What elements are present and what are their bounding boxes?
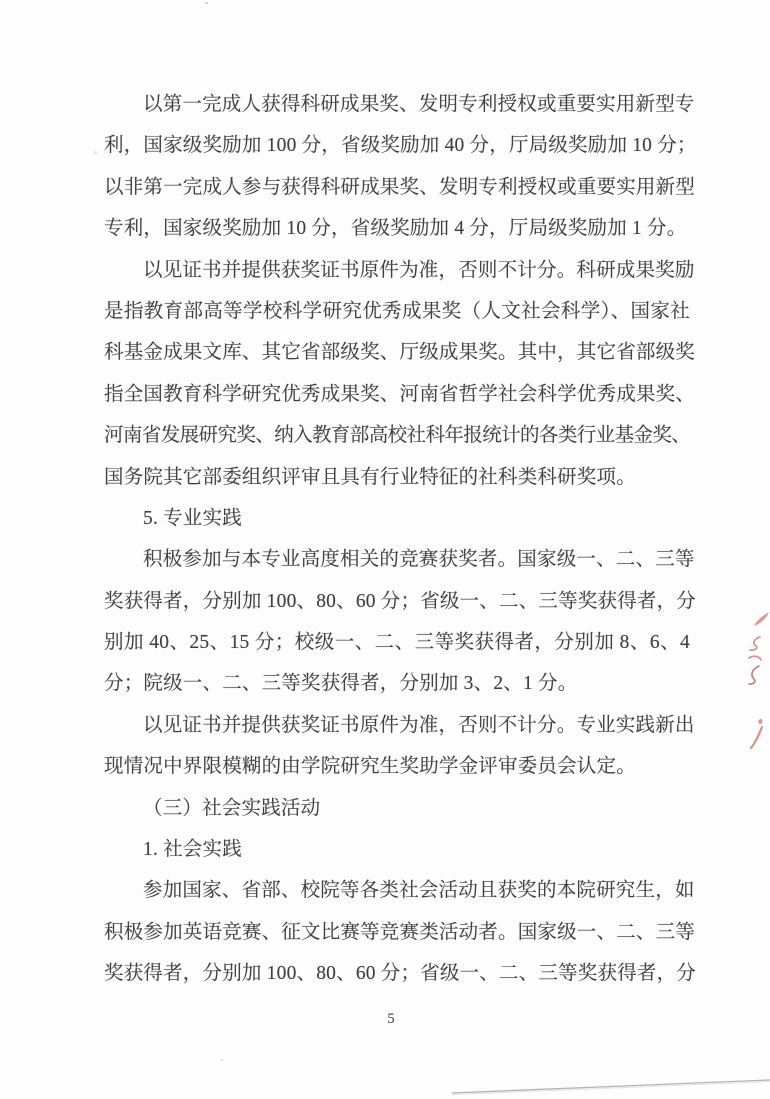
red-stroke — [749, 656, 761, 660]
red-ink-petal-mark — [753, 612, 770, 629]
scan-speck — [221, 1059, 223, 1061]
text-line: 国务院其它部委组织评审且具有行业特征的社科类科研奖项。 — [104, 457, 690, 498]
text-line: 科基金成果文库、其它省部级奖、厅级成果奖。其中，其它省部级奖 — [104, 332, 690, 373]
scan-speck — [94, 151, 97, 154]
red-stroke — [750, 637, 760, 650]
text-line: 以见证书并提供获奖证书原件为准，否则不计分。科研成果奖励 — [104, 250, 690, 291]
text-line: 积极参加英语竞赛、征文比赛等竞赛类活动者。国家级一、二、三等 — [104, 912, 690, 953]
text-line: 奖获得者，分别加 100、80、60 分；省级一、二、三等奖获得者，分 — [104, 581, 690, 622]
text-line: 以第一完成人获得科研成果奖、发明专利授权或重要实用新型专 — [104, 84, 690, 125]
red-petal-shape — [754, 612, 769, 626]
scanned-document-page: 以第一完成人获得科研成果奖、发明专利授权或重要实用新型专 利，国家级奖励加 10… — [0, 0, 770, 1099]
document-body: 以第一完成人获得科研成果奖、发明专利授权或重要实用新型专 利，国家级奖励加 10… — [104, 84, 690, 995]
text-line: 河南省发展研究奖、纳入教育部高校社科年报统计的各类行业基金奖、 — [104, 415, 690, 456]
text-line: 奖获得者，分别加 100、80、60 分；省级一、二、三等奖获得者，分 — [104, 953, 690, 994]
page-number: 5 — [0, 1011, 770, 1028]
text-line: 指全国教育科学研究优秀成果奖、河南省哲学社会科学优秀成果奖、 — [104, 374, 690, 415]
text-line: 别加 40、25、15 分；校级一、二、三等奖获得者，分别加 8、6、4 — [104, 622, 690, 663]
text-line: 参加国家、省部、校院等各类社会活动且获奖的本院研究生，如 — [104, 870, 690, 911]
red-stroke — [751, 727, 762, 748]
red-ink-slash-mark — [747, 716, 767, 752]
paper-edge-line — [0, 1074, 770, 1099]
heading-professional-practice: 5. 专业实践 — [104, 498, 690, 539]
heading-social-practice: 1. 社会实践 — [104, 829, 690, 870]
text-line: 现情况中界限模糊的由学院研究生奖助学金评审委员会认定。 — [104, 746, 690, 787]
edge-line-light — [452, 1082, 770, 1095]
scan-speck — [205, 2, 208, 4]
red-ink-writing-mark — [743, 634, 767, 688]
text-line: 以非第一完成人参与获得科研成果奖、发明专利授权或重要实用新型 — [104, 167, 690, 208]
text-line: 专利，国家级奖励加 10 分，省级奖励加 4 分，厅局级奖励加 1 分。 — [104, 208, 690, 249]
edge-line-dark — [452, 1080, 770, 1093]
heading-social-practice-activities: （三）社会实践活动 — [104, 788, 690, 829]
text-line: 是指教育部高等学校科学研究优秀成果奖（人文社会科学）、国家社 — [104, 291, 690, 332]
text-line: 以见证书并提供获奖证书原件为准，否则不计分。专业实践新出 — [104, 705, 690, 746]
text-line: 利，国家级奖励加 100 分，省级奖励加 40 分，厅局级奖励加 10 分； — [104, 125, 690, 166]
red-stroke — [749, 666, 759, 684]
red-dot-shape — [758, 719, 762, 724]
text-line: 分；院级一、二、三等奖获得者，分别加 3、2、1 分。 — [104, 663, 690, 704]
text-line: 积极参加与本专业高度相关的竞赛获奖者。国家级一、二、三等 — [104, 539, 690, 580]
